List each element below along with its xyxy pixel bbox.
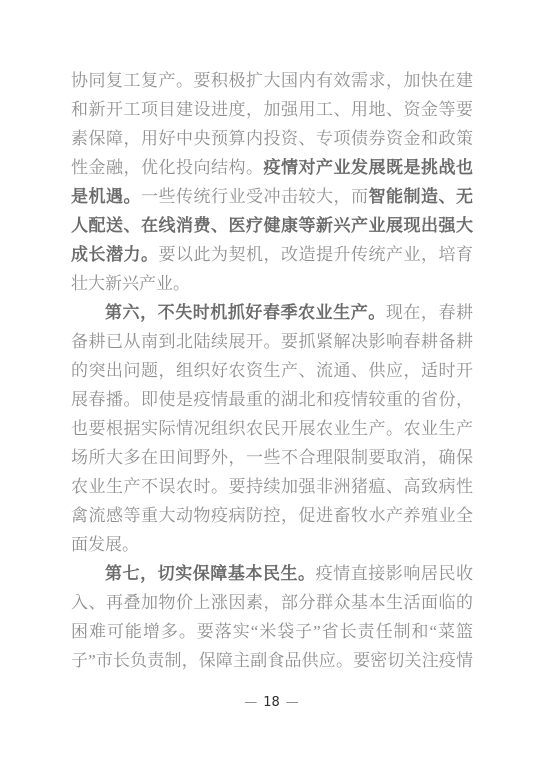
text-run: 疫情直接影响居民收 [316,564,473,583]
text-line: 面发展。 [71,530,473,559]
text-run: 场所大多在田间野外，一些不合理限制要取消，确保 [71,448,473,467]
text-run: 农业生产不误农时。要持续加强非洲猪瘟、高致病性 [71,477,473,496]
text-run-bold: 第六，不失时机抓好春季农业生产。 [105,303,386,323]
text-line: 子”市长负责制，保障主副食品供应。要密切关注疫情 [71,646,473,675]
text-run: 入、再叠加物价上涨因素，部分群众基本生活面临的 [71,593,473,612]
text-run-bold: 疫情对产业发展既是挑战也 [264,158,474,178]
text-line: 农业生产不误农时。要持续加强非洲猪瘟、高致病性 [71,472,473,501]
text-run-bold: 智能制造、无 [369,187,474,207]
text-run: 和新开工项目建设进度，加强用工、用地、资金等要 [71,100,473,119]
text-line: 和新开工项目建设进度，加强用工、用地、资金等要 [71,95,473,124]
text-run-bold: 第七，切实保障基本民生。 [105,564,316,584]
text-run: 困难可能增多。要落实“米袋子”省长责任制和“菜篮 [71,622,473,641]
text-line: 壮大新兴产业。 [71,269,473,298]
text-run: 子”市长负责制，保障主副食品供应。要密切关注疫情 [71,651,473,670]
text-run: 面发展。 [71,535,139,554]
text-line: 展春播。即使是疫情最重的湖北和疫情较重的省份， [71,385,473,414]
text-line: 也要根据实际情况组织农民开展农业生产。农业生产 [71,414,473,443]
footer-dash-left: — [244,695,257,710]
text-line: 素保障，用好中央预算内投资、专项债券资金和政策 [71,124,473,153]
text-run: 也要根据实际情况组织农民开展农业生产。农业生产 [71,419,473,438]
text-line: 是机遇。一些传统行业受冲击较大，而智能制造、无 [71,182,473,211]
text-run: 性金融，优化投向结构。 [71,158,264,177]
text-line: 场所大多在田间野外，一些不合理限制要取消，确保 [71,443,473,472]
page-number-footer: —18— [0,694,543,712]
text-line-section-heading-6: 第六，不失时机抓好春季农业生产。现在，春耕 [71,298,473,327]
text-line: 成长潜力。要以此为契机，改造提升传统产业，培育 [71,240,473,269]
text-run-bold: 是机遇。 [71,187,141,207]
document-text-block: 协同复工复产。要积极扩大国内有效需求，加快在建 和新开工项目建设进度，加强用工、… [71,66,473,675]
text-run: 的突出问题，组织好农资生产、流通、供应，适时开 [71,361,473,380]
text-line: 性金融，优化投向结构。疫情对产业发展既是挑战也 [71,153,473,182]
text-run: 一些传统行业受冲击较大，而 [141,187,369,206]
text-line: 人配送、在线消费、医疗健康等新兴产业展现出强大 [71,211,473,240]
page-number: 18 [263,695,280,710]
text-line: 困难可能增多。要落实“米袋子”省长责任制和“菜篮 [71,617,473,646]
text-run: 备耕已从南到北陆续展开。要抓紧解决影响春耕备耕 [71,332,473,351]
text-run: 素保障，用好中央预算内投资、专项债券资金和政策 [71,129,473,148]
text-run: 协同复工复产。要积极扩大国内有效需求，加快在建 [71,71,473,90]
text-run: 要以此为契机，改造提升传统产业，培育 [159,245,474,264]
text-line: 备耕已从南到北陆续展开。要抓紧解决影响春耕备耕 [71,327,473,356]
text-line: 禽流感等重大动物疫病防控，促进畜牧水产养殖业全 [71,501,473,530]
text-run: 现在，春耕 [386,303,473,322]
text-line: 入、再叠加物价上涨因素，部分群众基本生活面临的 [71,588,473,617]
text-line: 协同复工复产。要积极扩大国内有效需求，加快在建 [71,66,473,95]
text-line-section-heading-7: 第七，切实保障基本民生。疫情直接影响居民收 [71,559,473,588]
text-run: 展春播。即使是疫情最重的湖北和疫情较重的省份， [71,390,473,409]
text-run-bold: 成长潜力。 [71,245,159,265]
text-run-bold: 人配送、在线消费、医疗健康等新兴产业展现出强大 [71,216,473,236]
text-run: 壮大新兴产业。 [71,274,190,293]
text-line: 的突出问题，组织好农资生产、流通、供应，适时开 [71,356,473,385]
text-run: 禽流感等重大动物疫病防控，促进畜牧水产养殖业全 [71,506,473,525]
footer-dash-right: — [286,695,299,710]
document-page: 协同复工复产。要积极扩大国内有效需求，加快在建 和新开工项目建设进度，加强用工、… [0,0,543,768]
